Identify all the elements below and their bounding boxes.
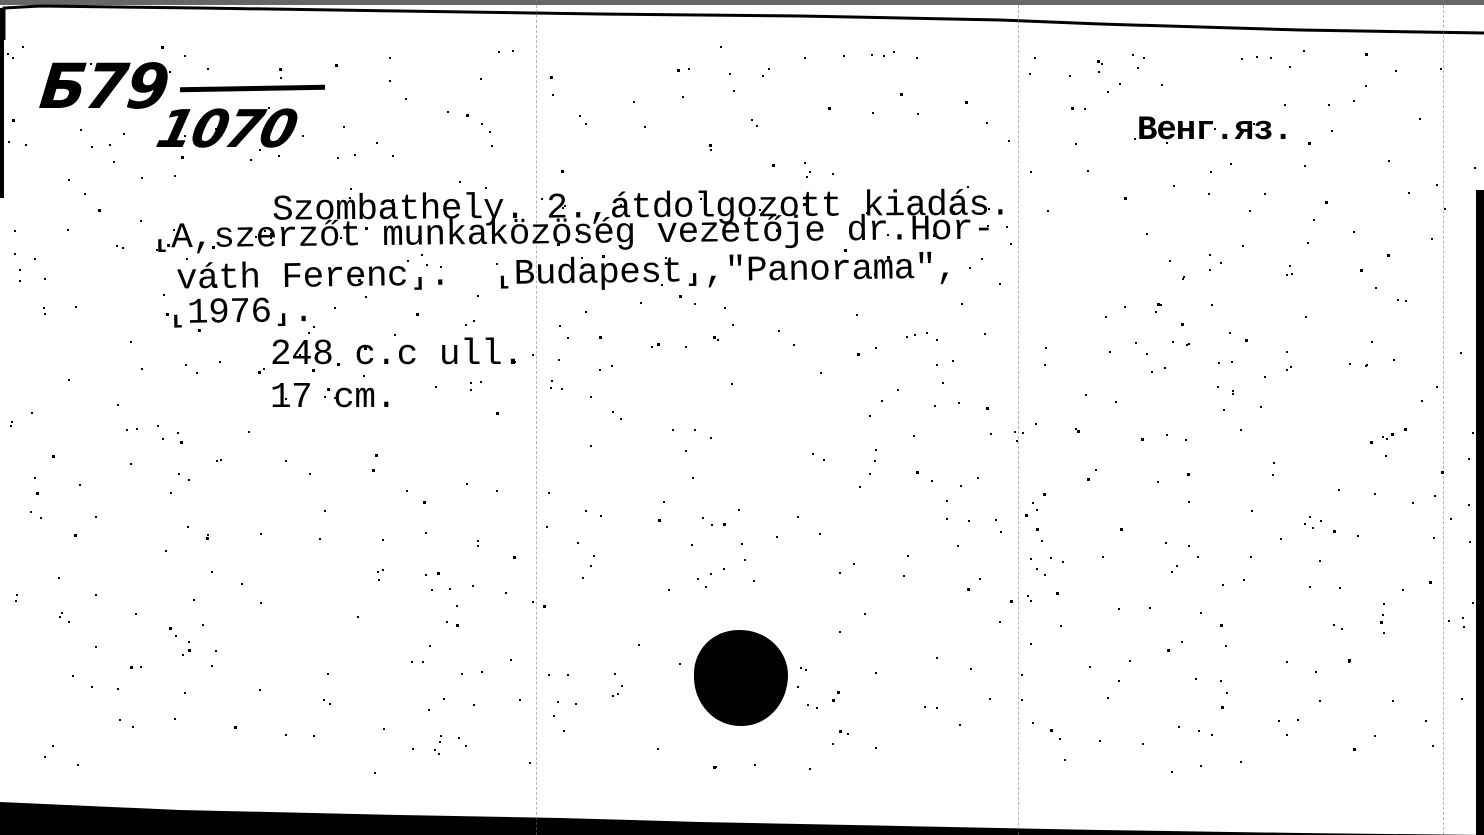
scan-guide-line (536, 0, 537, 835)
call-number-bottom: 1070 (151, 100, 303, 160)
language-stamp: Венг.яз. (1137, 112, 1292, 150)
scan-guide-line (1018, 0, 1019, 835)
card-bottom-edge (0, 780, 1484, 835)
card-right-edge (1476, 190, 1484, 835)
entry-line-year: ⸤1976⸥. (166, 294, 314, 332)
call-number-divider (180, 85, 325, 93)
call-number-top: Б79 (36, 50, 171, 123)
punch-hole (694, 630, 788, 726)
catalog-card: Б79 1070 Венг.яз. Szombathely. 2.,átdolg… (0, 0, 1484, 835)
card-left-edge (0, 8, 4, 198)
card-top-edge (0, 0, 1484, 40)
scan-guide-line (1443, 0, 1444, 835)
entry-line-pages: 248 c.c ull. (270, 337, 523, 373)
